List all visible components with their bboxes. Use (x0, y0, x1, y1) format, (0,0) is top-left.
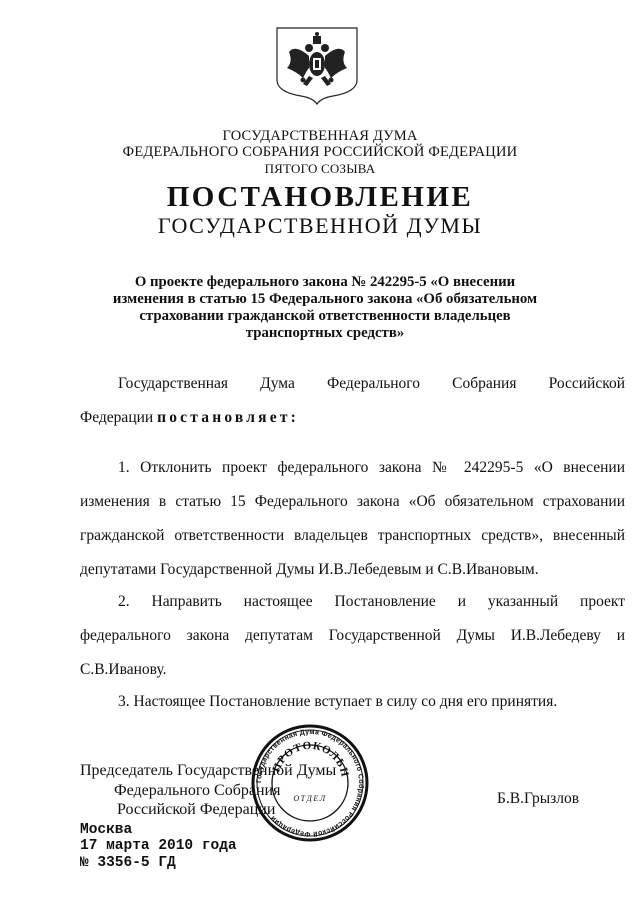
subject-line: О проекте федерального закона № 242295-5… (110, 274, 540, 291)
document-subtitle: ГОСУДАРСТВЕННОЙ ДУМЫ (0, 213, 640, 239)
item-2-line: 2. Направить настоящее Постановление и у… (118, 585, 625, 619)
city: Москва (80, 822, 132, 839)
subject-line: страховании гражданской ответственности … (110, 308, 540, 325)
official-stamp: Государственная Дума Федерального Собран… (250, 723, 370, 843)
item-1-line: изменения в статью 15 Федерального закон… (80, 485, 625, 519)
subject-line: изменения в статью 15 Федерального закон… (110, 291, 540, 308)
intro-line: Государственная Дума Федерального Собран… (118, 367, 625, 401)
signatory-name: Б.В.Грызлов (497, 790, 579, 808)
svg-text:ОТДЕЛ: ОТДЕЛ (293, 794, 326, 803)
document-title: ПОСТАНОВЛЕНИЕ (0, 181, 640, 214)
document-number: № 3356-5 ГД (80, 855, 176, 872)
document-date: 17 марта 2010 года (80, 838, 237, 855)
item-2-line: С.В.Иванову. (80, 653, 167, 687)
item-1-line: гражданской ответственности владельцев т… (80, 519, 625, 553)
intro-decree-line: Федерации постановляет: (80, 401, 299, 435)
coat-of-arms-icon (273, 22, 361, 106)
item-1-line: 1. Отклонить проект федерального закона … (118, 451, 625, 485)
header-line-convocation: ПЯТОГО СОЗЫВА (0, 161, 640, 177)
item-1-line: депутатами Государственной Думы И.В.Лебе… (80, 553, 539, 587)
document-subject: О проекте федерального закона № 242295-5… (110, 274, 540, 342)
item-2-line: федерального закона депутатам Государств… (80, 619, 625, 653)
decrees-keyword: постановляет: (157, 409, 299, 426)
header-line-federal-assembly: ФЕДЕРАЛЬНОГО СОБРАНИЯ РОССИЙСКОЙ ФЕДЕРАЦ… (0, 144, 640, 161)
subject-line: транспортных средств» (110, 325, 540, 342)
header-line-duma: ГОСУДАРСТВЕННАЯ ДУМА (0, 128, 640, 145)
intro-federation-text: Федерации (80, 409, 157, 426)
stamp-seal-icon: Государственная Дума Федерального Собран… (250, 723, 370, 843)
item-3-line: 3. Настоящее Постановление вступает в си… (118, 685, 557, 719)
